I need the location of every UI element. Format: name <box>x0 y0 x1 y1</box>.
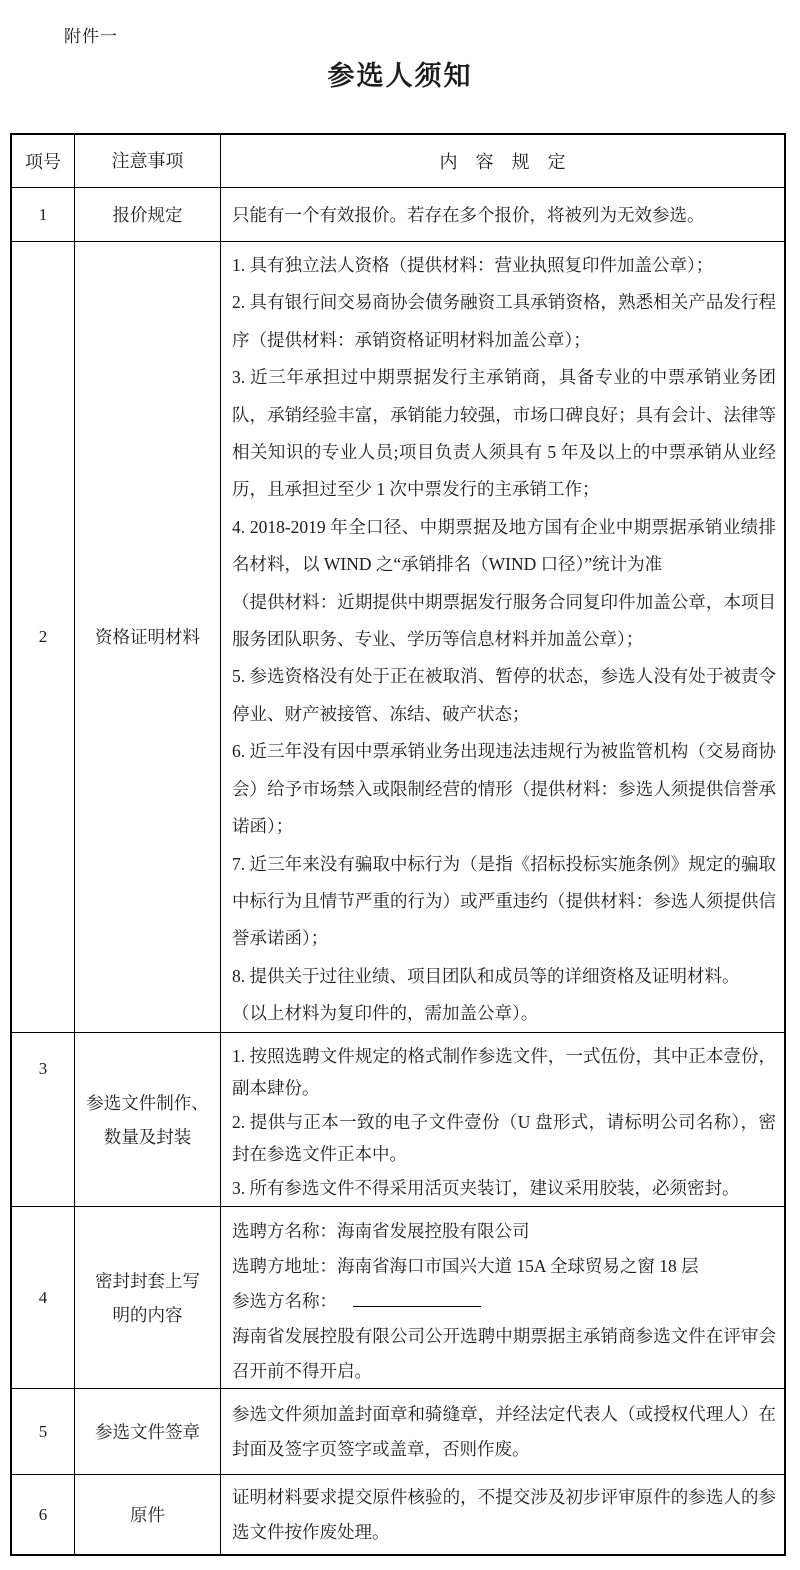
content-paragraph: 7. 近三年来没有骗取中标行为（是指《招标投标实施条例》规定的骗取中标行为且情节… <box>232 846 776 958</box>
row-number: 3 <box>12 1033 74 1206</box>
content-paragraph: 参选方名称： <box>232 1284 776 1319</box>
table-row: 4 密封封套上写 明的内容 选聘方名称：海南省发展控股有限公司选聘方地址：海南省… <box>12 1206 784 1388</box>
content-paragraph: 2. 提供与正本一致的电子文件壹份（U 盘形式，请标明公司名称），密封在参选文件… <box>232 1106 776 1170</box>
row-content: 证明材料要求提交原件核验的，不提交涉及初步评审原件的参选人的参选文件按作废处理。 <box>220 1475 784 1554</box>
notice-table: 项号 注意事项 内 容 规 定 1 报价规定 只能有一个有效报价。若存在多个报价… <box>10 133 786 1556</box>
table-row: 1 报价规定 只能有一个有效报价。若存在多个报价，将被列为无效参选。 <box>12 187 784 241</box>
content-paragraph: 证明材料要求提交原件核验的，不提交涉及初步评审原件的参选人的参选文件按作废处理。 <box>232 1480 776 1550</box>
attachment-label: 附件一 <box>64 22 118 47</box>
content-paragraph: 2. 具有银行间交易商协会债务融资工具承销资格，熟悉相关产品发行程序（提供材料：… <box>232 284 776 359</box>
row-label: 原件 <box>74 1475 220 1554</box>
row-number: 1 <box>12 188 74 241</box>
row-number: 4 <box>12 1207 74 1388</box>
row-label: 资格证明材料 <box>74 242 220 1032</box>
column-header-item-no: 项号 <box>12 135 74 187</box>
fill-in-blank-line <box>353 1290 481 1308</box>
content-paragraph: 5. 参选资格没有处于正在被取消、暂停的状态，参选人没有处于被责令停业、财产被接… <box>232 658 776 733</box>
table-row: 5 参选文件签章 参选文件须加盖封面章和骑缝章，并经法定代表人（或授权代理人）在… <box>12 1388 784 1474</box>
row-content: 1. 具有独立法人资格（提供材料：营业执照复印件加盖公章）；2. 具有银行间交易… <box>220 242 784 1032</box>
content-paragraph: 3. 近三年承担过中期票据发行主承销商，具备专业的中票承销业务团队，承销经验丰富… <box>232 359 776 509</box>
content-paragraph: 4. 2018-2019 年全口径、中期票据及地方国有企业中期票据承销业绩排名材… <box>232 509 776 584</box>
content-paragraph: 只能有一个有效报价。若存在多个报价，将被列为无效参选。 <box>232 203 776 227</box>
content-paragraph: 1. 按照选聘文件规定的格式制作参选文件，一式伍份，其中正本壹份，副本肆份。 <box>232 1040 776 1104</box>
row-content: 参选文件须加盖封面章和骑缝章，并经法定代表人（或授权代理人）在封面及签字页签字或… <box>220 1389 784 1474</box>
table-header-row: 项号 注意事项 内 容 规 定 <box>12 135 784 187</box>
row-label: 参选文件签章 <box>74 1389 220 1474</box>
document-page: 附件一 参选人须知 项号 注意事项 内 容 规 定 1 报价规定 只能有一个有效… <box>0 0 800 1570</box>
content-paragraph: 选聘方名称：海南省发展控股有限公司 <box>232 1214 776 1249</box>
row-content: 1. 按照选聘文件规定的格式制作参选文件，一式伍份，其中正本壹份，副本肆份。2.… <box>220 1033 784 1206</box>
table-row: 2 资格证明材料 1. 具有独立法人资格（提供材料：营业执照复印件加盖公章）；2… <box>12 241 784 1032</box>
content-paragraph: 参选文件须加盖封面章和骑缝章，并经法定代表人（或授权代理人）在封面及签字页签字或… <box>232 1397 776 1467</box>
row-content: 选聘方名称：海南省发展控股有限公司选聘方地址：海南省海口市国兴大道 15A 全球… <box>220 1207 784 1388</box>
content-paragraph: 6. 近三年没有因中票承销业务出现违法违规行为被监管机构（交易商协会）给予市场禁… <box>232 733 776 845</box>
content-paragraph: 1. 具有独立法人资格（提供材料：营业执照复印件加盖公章）； <box>232 247 776 284</box>
table-row: 3 参选文件制作、 数量及封装 1. 按照选聘文件规定的格式制作参选文件，一式伍… <box>12 1032 784 1206</box>
row-label: 报价规定 <box>74 188 220 241</box>
content-paragraph: （以上材料为复印件的，需加盖公章）。 <box>232 995 776 1032</box>
content-paragraph: （提供材料：近期提供中期票据发行服务合同复印件加盖公章，本项目服务团队职务、专业… <box>232 584 776 659</box>
content-paragraph: 海南省发展控股有限公司公开选聘中期票据主承销商参选文件在评审会召开前不得开启。 <box>232 1319 776 1388</box>
row-number: 2 <box>12 242 74 1032</box>
row-label: 参选文件制作、 数量及封装 <box>74 1033 220 1206</box>
content-paragraph: 3. 所有参选文件不得采用活页夹装订，建议采用胶装，必须密封。 <box>232 1172 776 1204</box>
row-content: 只能有一个有效报价。若存在多个报价，将被列为无效参选。 <box>220 188 784 241</box>
row-number: 5 <box>12 1389 74 1474</box>
table-row: 6 原件 证明材料要求提交原件核验的，不提交涉及初步评审原件的参选人的参选文件按… <box>12 1474 784 1554</box>
column-header-content: 内 容 规 定 <box>220 135 784 187</box>
row-number: 6 <box>12 1475 74 1554</box>
content-paragraph: 8. 提供关于过往业绩、项目团队和成员等的详细资格及证明材料。 <box>232 958 776 995</box>
page-title: 参选人须知 <box>0 54 800 93</box>
content-paragraph: 选聘方地址：海南省海口市国兴大道 15A 全球贸易之窗 18 层 <box>232 1249 776 1284</box>
column-header-attention: 注意事项 <box>74 135 220 187</box>
row-label: 密封封套上写 明的内容 <box>74 1207 220 1388</box>
